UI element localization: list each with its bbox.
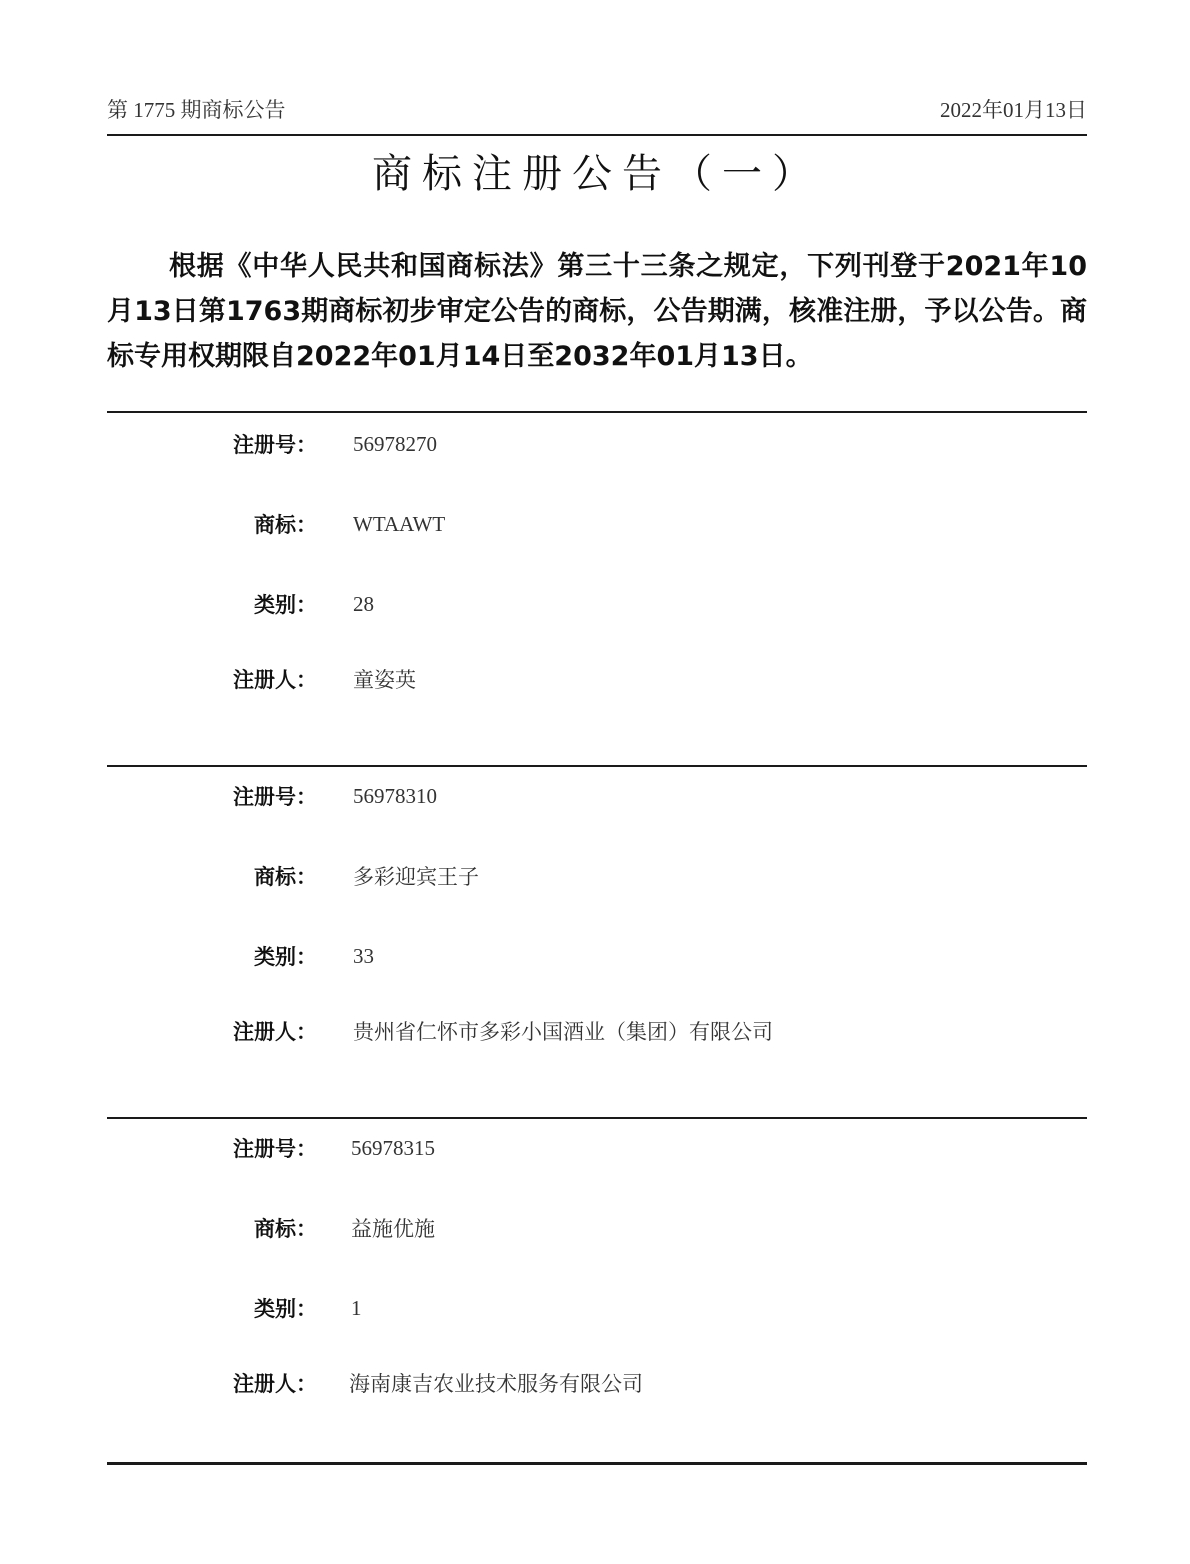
registrant-value: 海南康吉农业技术服务有限公司: [349, 1368, 643, 1398]
reg-no-label: 注册号：: [107, 781, 317, 811]
intro-paragraph: 根据《中华人民共和国商标法》第三十三条之规定，下列刊登于2021年10月13日第…: [107, 244, 1087, 379]
running-header: 第 1775 期商标公告 2022年01月13日: [107, 96, 1087, 124]
mark-value: 多彩迎宾王子: [353, 861, 479, 891]
class-value: 28: [353, 592, 374, 617]
issue-date: 2022年01月13日: [940, 96, 1087, 124]
mark-label: 商标：: [107, 1213, 317, 1243]
mark-label: 商标：: [107, 861, 317, 891]
registrant-label: 注册人：: [107, 1368, 317, 1398]
record-divider: [107, 411, 1087, 413]
header-divider: [107, 134, 1087, 136]
class-value: 33: [353, 944, 374, 969]
record-divider: [107, 1117, 1087, 1119]
reg-no-label: 注册号：: [107, 1133, 317, 1163]
record-divider: [107, 765, 1087, 767]
mark-label: 商标：: [107, 509, 317, 539]
bottom-divider: [107, 1462, 1087, 1465]
reg-no-value: 56978310: [353, 784, 437, 809]
page-title: 商标注册公告（一）: [107, 146, 1087, 202]
class-value: 1: [351, 1296, 362, 1321]
reg-no-value: 56978270: [353, 432, 437, 457]
class-label: 类别：: [107, 1293, 317, 1323]
reg-no-value: 56978315: [351, 1136, 435, 1161]
issue-number: 第 1775 期商标公告: [107, 96, 286, 124]
registrant-label: 注册人：: [107, 1016, 317, 1046]
mark-value: 益施优施: [351, 1213, 435, 1243]
mark-value: WTAAWT: [353, 512, 445, 537]
class-label: 类别：: [107, 941, 317, 971]
registrant-value: 童姿英: [353, 664, 416, 694]
class-label: 类别：: [107, 589, 317, 619]
registrant-value: 贵州省仁怀市多彩小国酒业（集团）有限公司: [353, 1016, 773, 1046]
registrant-label: 注册人：: [107, 664, 317, 694]
reg-no-label: 注册号：: [107, 429, 317, 459]
